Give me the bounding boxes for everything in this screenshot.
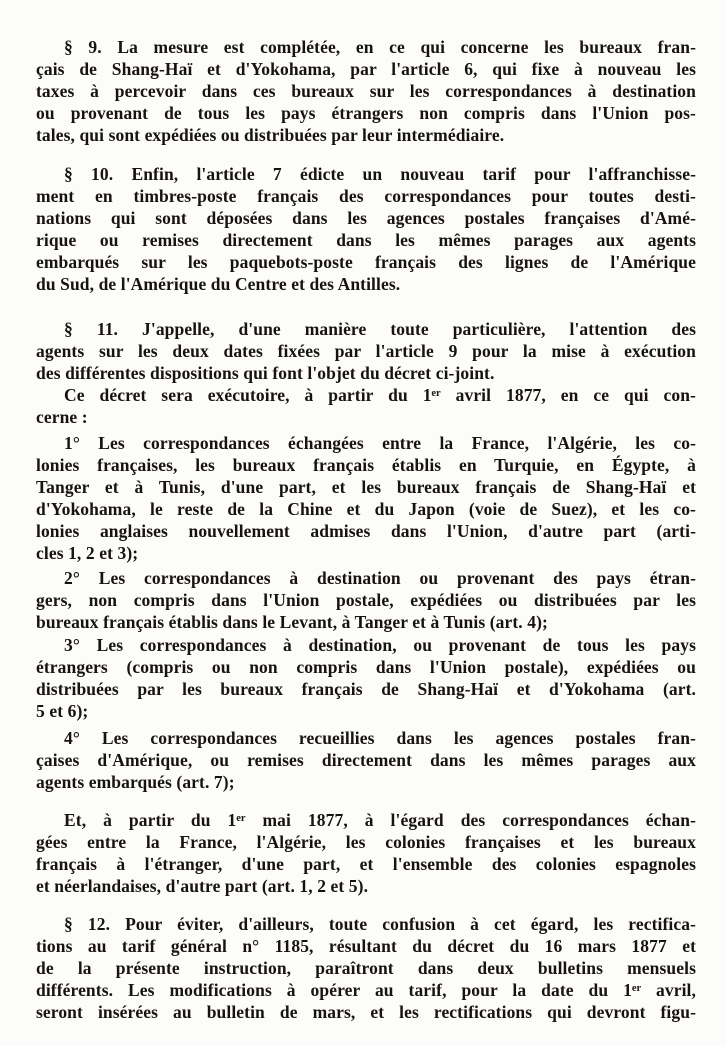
text-line: Et, à partir du 1ᵉʳ mai 1877, à l'égard …: [36, 809, 696, 831]
text-line: gers, non compris dans l'Union postale, …: [36, 589, 696, 611]
text-line: étrangers (compris ou non compris dans l…: [36, 656, 696, 678]
text-line: gées entre la France, l'Algérie, les col…: [36, 831, 696, 853]
text-line: du Sud, de l'Amérique du Centre et des A…: [36, 273, 696, 295]
paragraph-item-3: 3° Les correspondances à destination, ou…: [36, 634, 696, 722]
paragraph-s11: § 11. J'appelle, d'une manière toute par…: [36, 318, 696, 384]
text-line: d'Yokohama, le reste de la Chine et du J…: [36, 498, 696, 520]
paragraph-s12: § 12. Pour éviter, d'ailleurs, toute con…: [36, 913, 696, 1023]
text-line: et néerlandaises, d'autre part (art. 1, …: [36, 875, 696, 897]
text-line: ou provenant de tous les pays étrangers …: [36, 102, 696, 124]
text-line: cerne :: [36, 406, 696, 428]
text-line: de la présente instruction, paraîtront d…: [36, 957, 696, 979]
text-line: Ce décret sera exécutoire, à partir du 1…: [36, 384, 696, 406]
text-line: bureaux français établis dans le Levant,…: [36, 611, 696, 633]
text-line: nations qui sont déposées dans les agenc…: [36, 207, 696, 229]
text-line: taxes à percevoir dans ces bureaux sur l…: [36, 80, 696, 102]
text-line: § 12. Pour éviter, d'ailleurs, toute con…: [36, 913, 696, 935]
text-line: des différentes dispositions qui font l'…: [36, 362, 696, 384]
text-line: § 10. Enfin, l'article 7 édicte un nouve…: [36, 163, 696, 185]
text-line: lonies françaises, les bureaux français …: [36, 454, 696, 476]
text-line: 2° Les correspondances à destination ou …: [36, 567, 696, 589]
paragraph-et-partir: Et, à partir du 1ᵉʳ mai 1877, à l'égard …: [36, 809, 696, 897]
text-line: çaises d'Amérique, ou remises directemen…: [36, 749, 696, 771]
text-line: seront insérées au bulletin de mars, et …: [36, 1001, 696, 1023]
text-line: agents sur les deux dates fixées par l'a…: [36, 340, 696, 362]
paragraph-item-1: 1° Les correspondances échangées entre l…: [36, 432, 696, 564]
text-line: tions au tarif général n° 1185, résultan…: [36, 935, 696, 957]
paragraph-s11-execution: Ce décret sera exécutoire, à partir du 1…: [36, 384, 696, 428]
text-line: ment en timbres-poste français des corre…: [36, 185, 696, 207]
text-line: çais de Shang-Haï et d'Yokohama, par l'a…: [36, 58, 696, 80]
paragraph-s9: § 9. La mesure est complétée, en ce qui …: [36, 36, 696, 146]
text-line: cles 1, 2 et 3);: [36, 542, 696, 564]
text-line: § 9. La mesure est complétée, en ce qui …: [36, 36, 696, 58]
text-line: différents. Les modifications à opérer a…: [36, 979, 696, 1001]
paragraph-item-4: 4° Les correspondances recueillies dans …: [36, 727, 696, 793]
text-line: 4° Les correspondances recueillies dans …: [36, 727, 696, 749]
text-line: agents embarqués (art. 7);: [36, 771, 696, 793]
text-block: § 9. La mesure est complétée, en ce qui …: [36, 36, 696, 1023]
text-line: tales, qui sont expédiées ou distribuées…: [36, 124, 696, 146]
text-line: rique ou remises directement dans les mê…: [36, 229, 696, 251]
text-line: embarqués sur les paquebots-poste frança…: [36, 251, 696, 273]
document-page: § 9. La mesure est complétée, en ce qui …: [0, 0, 726, 1046]
text-line: lonies anglaises nouvellement admises da…: [36, 520, 696, 542]
text-line: français à l'étranger, d'une part, et l'…: [36, 853, 696, 875]
text-line: distribuées par les bureaux français de …: [36, 678, 696, 700]
paragraph-item-2: 2° Les correspondances à destination ou …: [36, 567, 696, 633]
text-line: 5 et 6);: [36, 700, 696, 722]
text-line: Tanger et à Tunis, d'une part, et les bu…: [36, 476, 696, 498]
text-line: 1° Les correspondances échangées entre l…: [36, 432, 696, 454]
text-line: § 11. J'appelle, d'une manière toute par…: [36, 318, 696, 340]
text-line: 3° Les correspondances à destination, ou…: [36, 634, 696, 656]
paragraph-s10: § 10. Enfin, l'article 7 édicte un nouve…: [36, 163, 696, 295]
